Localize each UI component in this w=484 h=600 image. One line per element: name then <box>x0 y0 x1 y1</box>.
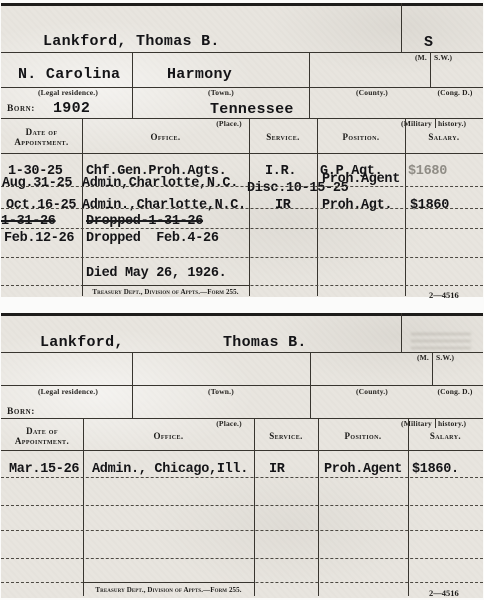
form-footer-note: Treasury Dept., Division of Appts.—Form … <box>85 586 252 594</box>
legal-residence-label: (Legal residence.) <box>18 89 118 97</box>
born-place-value: Tennessee <box>210 102 294 117</box>
rule-vertical <box>318 418 319 596</box>
born-label: Born: <box>7 408 35 418</box>
rule-horizontal <box>1 352 483 353</box>
office-cell: Admin., Chicago,Ill. <box>92 463 248 477</box>
rule-vertical <box>132 52 133 118</box>
rule-dashed <box>1 558 483 559</box>
column-header-date: Date of Appointment. <box>1 128 82 148</box>
column-header-position: Position. <box>318 432 408 442</box>
military-history-label-right: history.) <box>438 120 466 128</box>
rule-horizontal <box>1 52 483 53</box>
rule-vertical <box>401 313 402 352</box>
town-label: (Town.) <box>171 388 271 396</box>
service-cell: Disc.10-15-25 <box>247 182 348 196</box>
form-footer-note: Treasury Dept., Division of Appts.—Form … <box>84 288 247 296</box>
scanned-page: { "labels": { "msw_m": "(M.", "msw_sw": … <box>0 0 484 600</box>
msw-label-left: (M. <box>397 354 429 362</box>
rule-horizontal <box>1 153 483 154</box>
position-cell: Proh.Agent <box>324 463 402 477</box>
rule-horizontal <box>1 450 483 451</box>
cong-district-label: (Cong. D.) <box>426 89 484 97</box>
rule-vertical <box>435 419 436 428</box>
column-header-position: Position. <box>317 133 405 143</box>
office-cell: Dropped-1-31-26 <box>86 215 203 229</box>
rule-vertical <box>430 53 431 87</box>
rule-vertical <box>317 118 318 296</box>
rule-vertical <box>309 52 310 118</box>
service-cell: I.R. <box>265 165 296 179</box>
salary-cell: $1860 <box>410 199 449 213</box>
msw-label-right: S.W.) <box>436 354 454 362</box>
rule-dashed <box>1 208 483 209</box>
column-header-office: Office. <box>83 432 254 442</box>
column-header-date-line1: Date of <box>26 127 58 137</box>
name-first-field: Thomas B. <box>223 335 307 350</box>
column-header-date: Date of Appointment. <box>1 427 83 447</box>
rule-dashed <box>1 530 483 531</box>
record-card-2: Lankford, Thomas B. (M. S.W.) (Legal res… <box>1 313 483 598</box>
column-header-salary: Salary. <box>405 133 483 143</box>
office-cell: Admin.,Charlotte,N.C. <box>82 199 246 213</box>
town-label: (Town.) <box>171 89 271 97</box>
column-header-service: Service. <box>249 133 317 143</box>
cong-district-label: (Cong. D.) <box>426 388 484 396</box>
appointment-date-cell: 1-31-26 <box>1 215 56 229</box>
column-header-date-line2: Appointment. <box>14 137 68 147</box>
rule-dashed <box>1 228 483 229</box>
rule-vertical <box>408 418 409 596</box>
form-code: 2—4516 <box>429 290 459 300</box>
rule-dashed <box>1 186 483 187</box>
appointment-date-cell: Aug.31-25 <box>2 177 72 191</box>
service-cell: IR <box>269 463 285 477</box>
place-label: (Place.) <box>179 420 279 428</box>
salary-cell: $1860. <box>412 463 459 477</box>
born-label: Born: <box>7 105 35 115</box>
salary-cell: $1680 <box>408 165 447 179</box>
rule-vertical <box>401 3 402 52</box>
military-history-label-right: history.) <box>438 420 466 428</box>
rule-horizontal <box>83 582 254 583</box>
appointment-date-cell: Feb.12-26 <box>4 232 74 246</box>
msw-label-left: (M. <box>395 54 427 62</box>
town-value: Harmony <box>167 67 232 82</box>
county-label: (County.) <box>327 388 417 396</box>
rule-dashed <box>1 477 483 478</box>
office-cell: Died May 26, 1926. <box>86 267 226 281</box>
rule-vertical <box>432 353 433 385</box>
ink-smudge <box>411 330 471 349</box>
column-header-office: Office. <box>82 133 249 143</box>
rule-horizontal <box>82 285 249 286</box>
legal-residence-label: (Legal residence.) <box>18 388 118 396</box>
position-cell: Proh.Agt. <box>322 199 392 213</box>
office-cell: Admin,Charlotte,N.C. <box>82 177 238 191</box>
military-history-label-left: (Military <box>372 420 432 428</box>
rule-vertical <box>249 118 250 296</box>
legal-residence-value: N. Carolina <box>18 67 120 82</box>
name-last-field: Lankford, <box>40 335 124 350</box>
card-top-edge <box>1 313 483 316</box>
rule-dashed <box>1 505 483 506</box>
card-top-edge <box>1 3 483 6</box>
rule-vertical <box>83 418 84 596</box>
column-header-date-line2: Appointment. <box>15 436 69 446</box>
column-header-service: Service. <box>254 432 318 442</box>
service-cell: IR <box>275 199 291 213</box>
appointment-date-cell: Oct.16-25 <box>6 199 76 213</box>
born-year-value: 1902 <box>53 101 90 116</box>
county-label: (County.) <box>327 89 417 97</box>
office-cell: Dropped Feb.4-26 <box>86 232 219 246</box>
rule-dashed <box>1 257 483 258</box>
rule-vertical <box>405 118 406 296</box>
record-card-1: Lankford, Thomas B. S (M. S.W.) N. Carol… <box>1 3 483 297</box>
marital-status-field: S <box>424 35 433 50</box>
rule-vertical <box>254 418 255 596</box>
column-header-date-line1: Date of <box>26 426 58 436</box>
military-history-label-left: (Military <box>372 120 432 128</box>
column-header-salary: Salary. <box>408 432 483 442</box>
msw-label-right: S.W.) <box>434 54 452 62</box>
rule-vertical <box>435 119 436 128</box>
appointment-date-cell: Mar.15-26 <box>9 463 79 477</box>
form-code: 2—4516 <box>429 588 459 598</box>
name-field: Lankford, Thomas B. <box>43 34 220 49</box>
rule-horizontal <box>1 385 483 386</box>
place-label: (Place.) <box>179 120 279 128</box>
